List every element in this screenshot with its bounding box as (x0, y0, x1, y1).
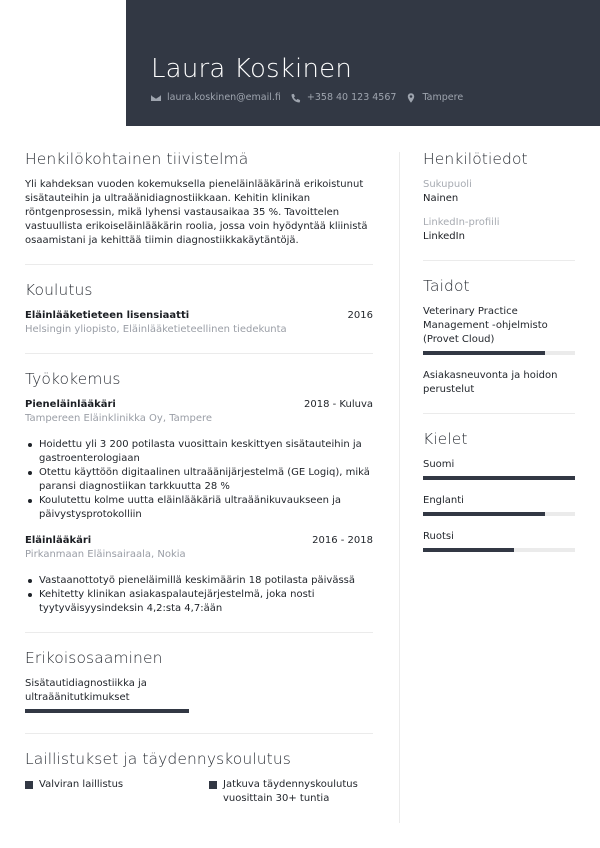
section-divider (25, 632, 373, 633)
map-marker-icon (406, 93, 416, 103)
phone-text: +358 40 123 4567 (307, 92, 397, 103)
degree-year: 2016 (348, 309, 373, 323)
school-name: Helsingin yliopisto, Eläinlääketieteelli… (25, 323, 373, 337)
candidate-name: Laura Koskinen (151, 52, 352, 86)
expertise-bar (25, 709, 189, 713)
personal-section: Henkilötiedot Sukupuoli Nainen LinkedIn-… (423, 148, 575, 244)
skill-label: Veterinary Practice Management -ohjelmis… (423, 305, 575, 347)
personal-heading: Henkilötiedot (423, 148, 575, 170)
gender-value: Nainen (423, 192, 575, 206)
phone-icon (291, 93, 301, 103)
skills-heading: Taidot (423, 275, 575, 297)
job-bullets: Vastaanottotyö pieneläimillä keskimäärin… (25, 574, 373, 616)
certification-text: Jatkuva täydennyskoulutus vuosittain 30+… (223, 778, 369, 806)
skill-bar (423, 351, 575, 355)
section-divider (423, 260, 575, 261)
square-bullet-icon (25, 781, 33, 789)
education-entry: Eläinlääketieteen lisensiaatti 2016 Hels… (25, 309, 373, 337)
languages-heading: Kielet (423, 428, 575, 450)
job-employer: Tampereen Eläinklinikka Oy, Tampere (25, 412, 373, 426)
skills-section: Taidot Veterinary Practice Management -o… (423, 275, 575, 397)
contact-location: Tampere (406, 92, 463, 103)
section-divider (25, 264, 373, 265)
bullet-item: Otettu käyttöön digitaalinen ultraäänijä… (25, 466, 373, 494)
expertise-item: Sisätautidiagnostiikka ja ultraäänitutki… (25, 677, 200, 713)
job-title: Pieneläinlääkäri (25, 398, 116, 412)
experience-section: Työkokemus Pieneläinlääkäri 2018 - Kuluv… (25, 368, 373, 616)
envelope-icon (151, 93, 161, 103)
language-bar-fill (423, 548, 514, 552)
column-divider (399, 152, 400, 823)
experience-heading: Työkokemus (25, 368, 373, 390)
language-bar (423, 548, 575, 552)
certifications-heading: Laillistukset ja täydennyskoulutus (25, 748, 373, 770)
language-bar (423, 476, 575, 480)
skill-bar-fill (423, 351, 545, 355)
sidebar-column: Henkilötiedot Sukupuoli Nainen LinkedIn-… (423, 148, 575, 566)
expertise-bar-fill (25, 709, 189, 713)
job-bullets: Hoidettu yli 3 200 potilasta vuosittain … (25, 438, 373, 522)
language-bar-fill (423, 512, 545, 516)
degree-title: Eläinlääketieteen lisensiaatti (25, 309, 189, 323)
language-bar-fill (423, 476, 575, 480)
summary-section: Henkilökohtainen tiivistelmä Yli kahdeks… (25, 148, 373, 248)
section-divider (25, 733, 373, 734)
certifications-section: Laillistukset ja täydennyskoulutus Valvi… (25, 748, 373, 806)
bullet-item: Hoidettu yli 3 200 potilasta vuosittain … (25, 438, 373, 466)
certification-item: Valviran laillistus (25, 778, 209, 806)
certification-text: Valviran laillistus (39, 778, 123, 806)
linkedin-label: LinkedIn-profiili (423, 216, 575, 230)
job-dates: 2016 - 2018 (312, 534, 373, 548)
education-section: Koulutus Eläinlääketieteen lisensiaatti … (25, 279, 373, 337)
bullet-item: Vastaanottotyö pieneläimillä keskimäärin… (25, 574, 373, 588)
summary-text: Yli kahdeksan vuoden kokemuksella pienel… (25, 178, 373, 248)
bullet-item: Koulutettu kolme uutta eläinlääkäriä ult… (25, 494, 373, 522)
section-divider (25, 353, 373, 354)
languages-section: Kielet Suomi Englanti Ruotsi (423, 428, 575, 552)
expertise-heading: Erikoisosaaminen (25, 647, 373, 669)
language-bar (423, 512, 575, 516)
language-label: Ruotsi (423, 530, 575, 544)
contact-phone[interactable]: +358 40 123 4567 (291, 92, 397, 103)
bullet-item: Kehitetty klinikan asiakaspalautejärjest… (25, 588, 373, 616)
certification-item: Jatkuva täydennyskoulutus vuosittain 30+… (209, 778, 369, 806)
gender-label: Sukupuoli (423, 178, 575, 192)
resume-header: Laura Koskinen laura.koskinen@email.fi +… (126, 0, 600, 126)
location-text: Tampere (422, 92, 463, 103)
job-entry: Pieneläinlääkäri 2018 - Kuluva Tampereen… (25, 398, 373, 522)
section-divider (423, 413, 575, 414)
skill-label: Asiakasneuvonta ja hoidon perustelut (423, 369, 563, 397)
job-employer: Pirkanmaan Eläinsairaala, Nokia (25, 548, 373, 562)
contact-email[interactable]: laura.koskinen@email.fi (151, 92, 281, 103)
expertise-section: Erikoisosaaminen Sisätautidiagnostiikka … (25, 647, 373, 713)
square-bullet-icon (209, 781, 217, 789)
email-text: laura.koskinen@email.fi (167, 92, 281, 103)
education-heading: Koulutus (25, 279, 373, 301)
language-label: Suomi (423, 458, 575, 472)
job-dates: 2018 - Kuluva (304, 398, 373, 412)
summary-heading: Henkilökohtainen tiivistelmä (25, 148, 373, 170)
linkedin-link[interactable]: LinkedIn (423, 230, 575, 244)
expertise-label: Sisätautidiagnostiikka ja ultraäänitutki… (25, 677, 175, 705)
job-entry: Eläinlääkäri 2016 - 2018 Pirkanmaan Eläi… (25, 534, 373, 616)
language-label: Englanti (423, 494, 575, 508)
job-title: Eläinlääkäri (25, 534, 91, 548)
contact-row: laura.koskinen@email.fi +358 40 123 4567… (151, 92, 473, 103)
main-column: Henkilökohtainen tiivistelmä Yli kahdeks… (25, 148, 373, 806)
